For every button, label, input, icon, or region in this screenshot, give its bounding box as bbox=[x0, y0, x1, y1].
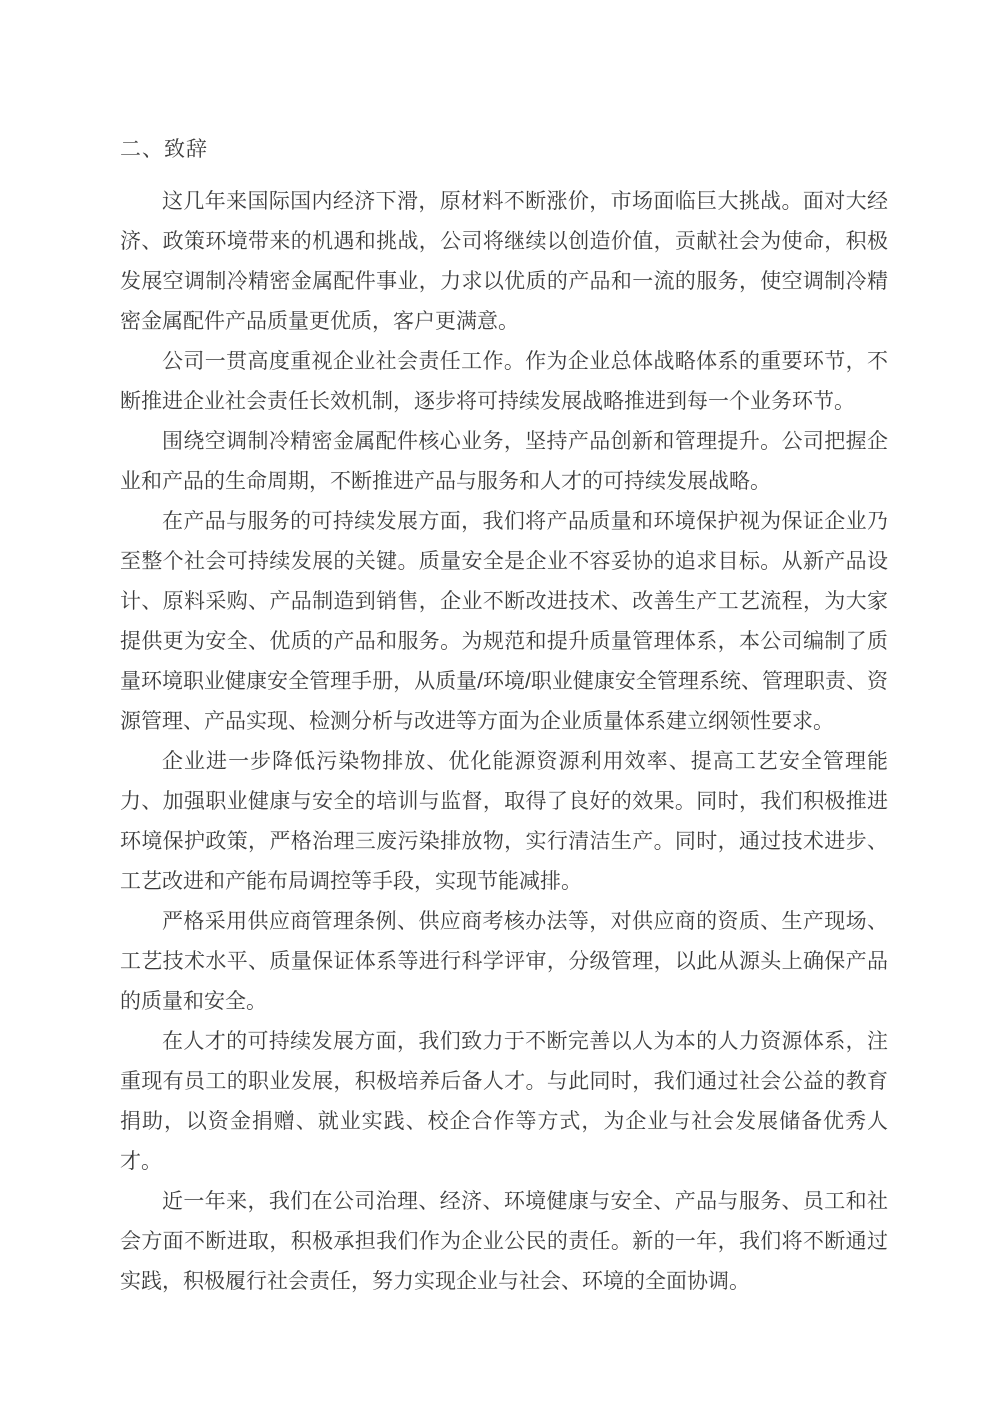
paragraph: 在产品与服务的可持续发展方面，我们将产品质量和环境保护视为保证企业乃至整个社会可… bbox=[120, 502, 888, 742]
paragraph: 近一年来，我们在公司治理、经济、环境健康与安全、产品与服务、员工和社会方面不断进… bbox=[120, 1182, 888, 1302]
paragraph: 围绕空调制冷精密金属配件核心业务，坚持产品创新和管理提升。公司把握企业和产品的生… bbox=[120, 422, 888, 502]
document-content: 二、致辞 这几年来国际国内经济下滑，原材料不断涨价，市场面临巨大挑战。面对大经济… bbox=[120, 135, 888, 1302]
section-title: 二、致辞 bbox=[120, 135, 888, 165]
paragraph: 在人才的可持续发展方面，我们致力于不断完善以人为本的人力资源体系，注重现有员工的… bbox=[120, 1022, 888, 1182]
paragraph: 严格采用供应商管理条例、供应商考核办法等，对供应商的资质、生产现场、工艺技术水平… bbox=[120, 902, 888, 1022]
document-page: 二、致辞 这几年来国际国内经济下滑，原材料不断涨价，市场面临巨大挑战。面对大经济… bbox=[0, 0, 1000, 1414]
paragraph: 这几年来国际国内经济下滑，原材料不断涨价，市场面临巨大挑战。面对大经济、政策环境… bbox=[120, 182, 888, 342]
paragraph: 公司一贯高度重视企业社会责任工作。作为企业总体战略体系的重要环节，不断推进企业社… bbox=[120, 342, 888, 422]
document-body: 这几年来国际国内经济下滑，原材料不断涨价，市场面临巨大挑战。面对大经济、政策环境… bbox=[120, 182, 888, 1302]
paragraph: 企业进一步降低污染物排放、优化能源资源利用效率、提高工艺安全管理能力、加强职业健… bbox=[120, 742, 888, 902]
